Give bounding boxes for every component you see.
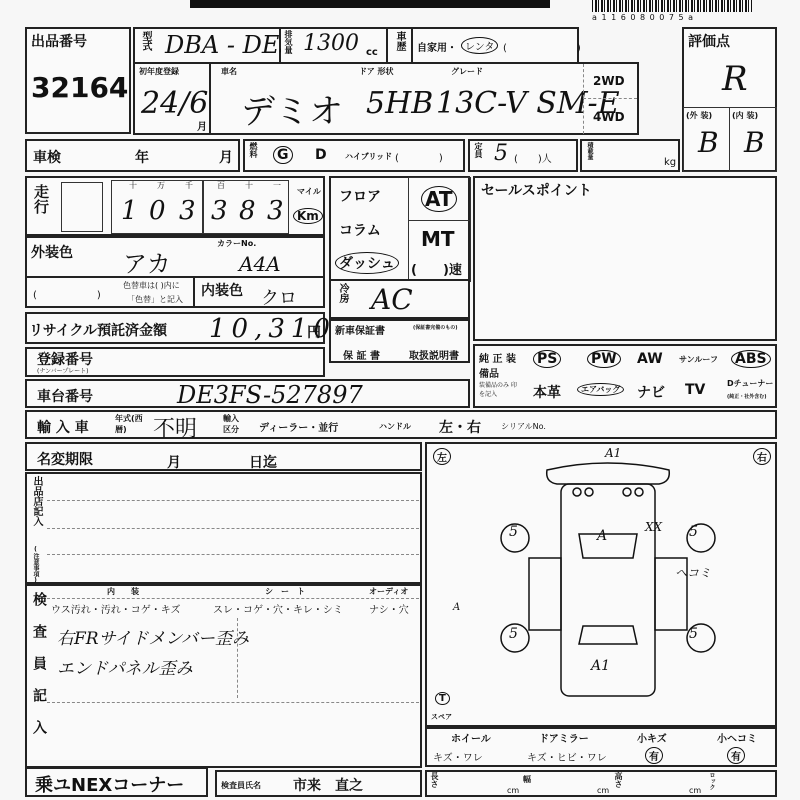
document-title-bar [190, 0, 550, 8]
shift-column: コラム [339, 220, 381, 240]
inspector-name-label: 検査員氏名 [221, 780, 261, 791]
drive-4wd: 4WD [593, 110, 625, 124]
equip-navi: ナビ [637, 382, 665, 402]
fuel-gasoline-circled: G [273, 146, 293, 164]
seller-notes-box: 出品店記入 (注意事項) [25, 472, 422, 584]
seller-notes-sub: (注意事項) [31, 546, 40, 584]
tire-mark: 5 [509, 524, 518, 540]
mileage-digit: 3 [211, 196, 228, 226]
grade-label: グレード [451, 66, 483, 77]
dent-label: 小ヘコミ [717, 730, 757, 745]
manual-book: 取扱説明書 [409, 347, 459, 362]
score-box: 評価点 R (外 装) B (内 装) B [682, 27, 777, 172]
audio-header: オーディオ [369, 586, 408, 597]
mark-left-door: A [453, 602, 460, 613]
lot-number: 32164 [31, 71, 128, 104]
warranty-label: 新車保証書 [335, 322, 385, 337]
door-shape-value: 5HB [366, 86, 433, 121]
fuel-cell: 燃料 G D ハイブリッド ( ) [243, 139, 465, 172]
seller-notes-label: 出品店記入 [29, 476, 44, 526]
load-label: 積載量 [585, 142, 594, 160]
barcode-number: a 1 1 6 0 8 0 0 7 5 a [592, 13, 694, 22]
mileage-digit: 3 [179, 196, 196, 226]
tire-mark: 5 [689, 626, 698, 642]
spare-tire-icon: T [435, 692, 450, 705]
history-other: ( ) [503, 39, 581, 54]
car-name-value: デミオ [241, 84, 343, 133]
seat-items: スレ・コゲ・穴・キレ・シミ [213, 601, 343, 616]
exterior-color-cell: 外装色 アカ カラーNo. A4A [25, 236, 325, 278]
car-name-cell: 車名 デミオ ドア 形状 5HB グレード 13C-V SM-E 2WD 4WD [209, 62, 639, 135]
fuel-hybrid: ハイブリッド [345, 151, 392, 162]
history-private: 自家用・ [417, 39, 457, 54]
equip-ps-circled: PS [533, 350, 561, 368]
equip-dtuner-sub: (純正・社外含む) [727, 393, 767, 400]
model-cell: 型式 DBA - DE3FS [133, 27, 281, 64]
first-reg-cell: 初年度登録 24/6 月 [133, 62, 211, 135]
recycle-unit: 円 [307, 322, 321, 342]
mark-hood: A [597, 528, 607, 544]
interior-score-label: (内 装) [732, 110, 758, 121]
chassis-label: 車台番号 [37, 386, 93, 406]
dent-value-circled: 有 [727, 747, 745, 764]
car-name-label: 車名 [221, 66, 237, 77]
fuel-label: 燃料 [248, 142, 259, 158]
transmission-mt: MT [421, 227, 455, 251]
color-no-value: A4A [239, 252, 281, 276]
aircon-cell: 冷房 AC [329, 279, 470, 319]
first-reg-label: 初年度登録 [139, 66, 179, 77]
corner-name-box: 乗ユNEXコーナー [25, 767, 208, 797]
inspector-notes-label: 検査員記入 [29, 592, 49, 752]
digit-header: 十 [129, 180, 137, 191]
history-label: 車歴 [392, 31, 407, 51]
handle-label: ハンドル [379, 421, 411, 432]
history-cell: 自家用・ レンタ ( ) [413, 27, 579, 64]
first-reg-value: 24/6 [141, 86, 208, 121]
lock-label: ロック [707, 772, 716, 790]
mileage-digit: 0 [149, 196, 166, 226]
load-cell: 積載量 kg [580, 139, 680, 172]
length-label: 長さ [429, 772, 440, 788]
inspector-note-1: 右FRサイドメンバー歪み [57, 624, 249, 649]
equip-sunroof: サンルーフ [679, 354, 718, 365]
digit-header: 十 [245, 180, 253, 191]
import-year-value: 不明 [153, 412, 197, 443]
history-label-cell: 車歴 [388, 27, 413, 64]
displacement-label: 排気量 [283, 30, 294, 54]
serial-label: シリアルNo. [501, 421, 546, 432]
lot-number-box: 出品番号 32164 [25, 27, 131, 134]
history-rental-circled: レンタ [461, 37, 498, 54]
import-label: 輸 入 車 [37, 417, 89, 437]
mark-rear: A1 [591, 658, 610, 674]
equip-abs-circled: ABS [731, 350, 771, 368]
displacement-value: 1300 [303, 31, 359, 56]
chassis-cell: 車台番号 DE3FS-527897 [25, 379, 470, 408]
color-no-label: カラーNo. [217, 238, 256, 249]
exterior-score-value: B [698, 126, 719, 159]
interior-color-value: クロ [261, 284, 297, 310]
recycle-label: リサイクル預託済金額 [29, 320, 167, 340]
lot-label: 出品番号 [31, 31, 87, 51]
equipment-label: 純 正 装備品 [479, 350, 519, 380]
chassis-value: DE3FS-527897 [177, 381, 363, 409]
inspection-label: 車検 [33, 147, 61, 167]
mileage-unit-km-circled: Km [293, 208, 323, 224]
import-row: 輸 入 車 年式(西暦) 不明 輸入区分 ディーラー・並行 ハンドル 左・右 シ… [25, 410, 777, 439]
inspector-name-box: 検査員氏名 市来 直之 [215, 770, 422, 797]
mark-right-door: ヘコミ [675, 564, 711, 581]
displacement-cell: 排気量 1300 cc [281, 27, 388, 64]
scratch-value-circled: 有 [645, 747, 663, 764]
corner-name: 乗ユNEXコーナー [35, 771, 184, 797]
aircon-value: AC [371, 283, 413, 316]
door-shape-label: ドア 形状 [359, 66, 394, 77]
inspector-note-2: エンドパネル歪み [57, 654, 193, 679]
drive-2wd: 2WD [593, 74, 625, 88]
score-label: 評価点 [688, 31, 730, 51]
interior-items: ウス汚れ・汚れ・コゲ・キズ [51, 601, 181, 616]
inspection-month: 月 [219, 147, 233, 167]
shift-cell: フロア コラム ダッシュ AT MT ( )速 [329, 176, 470, 281]
equip-pw-circled: PW [587, 350, 621, 368]
height-unit: cm [689, 786, 701, 795]
fuel-other: ( ) [395, 149, 443, 164]
tire-mark: 5 [509, 626, 518, 642]
width-unit: cm [597, 786, 609, 795]
warranty-cell: 新車保証書 (保証書完備のもの) 保 証 書 取扱説明書 [329, 319, 470, 363]
interior-color-cell: 内装色 クロ [193, 276, 325, 308]
repaint-note-1: 色替車は( )内に [123, 280, 180, 291]
mileage-label: 走行 [31, 184, 52, 214]
barcode [592, 0, 752, 12]
displacement-unit: cc [366, 47, 378, 58]
equip-aw: AW [637, 351, 663, 367]
spare-label: スペア [431, 712, 452, 722]
equip-leather: 本革 [533, 382, 561, 402]
mileage-digit: 8 [239, 196, 256, 226]
exterior-color-label: 外装色 [31, 242, 73, 262]
interior-color-label: 内装色 [201, 280, 243, 300]
equip-airbag-circled: エアバッグ [577, 383, 624, 396]
capacity-label: 定員 [473, 142, 484, 158]
import-year-label: 年式(西暦) [115, 413, 143, 435]
equipment-note: 装備品のみ 印を記入 [479, 380, 519, 398]
import-class-options: ディーラー・並行 [259, 419, 338, 434]
plate-sub: (ナンバープレート) [37, 366, 88, 375]
plate-cell: 登録番号 (ナンバープレート) [25, 347, 325, 377]
mileage-cell: 走行 十 万 千 百 十 一 1 0 3 3 8 3 マイル Km [25, 176, 325, 236]
transmission-at-circled: AT [421, 186, 457, 212]
interior-header: 内 装 [107, 586, 139, 597]
audio-items: ナシ・穴 [369, 601, 409, 616]
transmission-speed: ( )速 [411, 259, 462, 278]
inspection-year: 年 [135, 147, 149, 167]
mark-fender: XX [645, 520, 662, 534]
aircon-label: 冷房 [335, 283, 350, 303]
condition-row: ホイール キズ・ワレ ドアミラー キズ・ヒビ・ワレ 小キズ 有 小ヘコミ 有 [425, 727, 777, 767]
mirror-items: キズ・ヒビ・ワレ [527, 749, 607, 764]
equip-dtuner: Dチューナー [727, 378, 773, 389]
dimensions-row: 長さ cm 幅 cm 高さ cm ロック [425, 770, 777, 797]
inspector-name: 市来 直之 [293, 775, 363, 795]
sales-point-box: セールスポイント [473, 176, 777, 341]
capacity-suffix: ( )人 [514, 150, 552, 165]
equip-tv: TV [685, 382, 705, 398]
mileage-digit: 3 [267, 196, 284, 226]
scratch-label: 小キズ [637, 730, 667, 745]
length-unit: cm [507, 786, 519, 795]
mileage-unit-mile: マイル [297, 186, 321, 197]
shift-floor: フロア [339, 186, 381, 206]
shift-dash-circled: ダッシュ [335, 252, 399, 274]
wheel-label: ホイール [451, 730, 491, 745]
name-change-month: 月 [167, 452, 181, 472]
mark-front: A1 [605, 446, 621, 460]
warranty-note: (保証書完備のもの) [413, 324, 458, 331]
sales-point-label: セールスポイント [481, 180, 592, 200]
inspection-cell: 車検 年 月 [25, 139, 240, 172]
warranty-book: 保 証 書 [343, 347, 380, 362]
digit-header: 千 [185, 180, 193, 191]
handle-options: 左・右 [439, 417, 481, 437]
interior-score-value: B [744, 126, 765, 159]
width-label: 幅 [523, 774, 531, 785]
first-reg-unit: 月 [197, 118, 207, 133]
recycle-cell: リサイクル預託済金額 10,310 円 [25, 312, 325, 344]
capacity-cell: 定員 5 ( )人 [468, 139, 578, 172]
damage-diagram: 左 右 A1 A A1 XX A ヘコミ 5 5 5 5 T スペア [425, 442, 777, 727]
digit-header: 百 [217, 180, 225, 191]
exterior-score-label: (外 装) [686, 110, 712, 121]
repaint-note-2: 「色替」と記入 [127, 294, 183, 305]
wheel-items: キズ・ワレ [433, 749, 483, 764]
model-label: 型式 [138, 31, 153, 51]
import-class-label: 輸入区分 [223, 413, 245, 435]
mirror-label: ドアミラー [539, 730, 589, 745]
tire-mark: 5 [689, 524, 698, 540]
capacity-value: 5 [494, 141, 508, 166]
diagram-right-label: 右 [753, 448, 771, 465]
inspector-notes-box: 検査員記入 内 装 シ ー ト オーディオ ウス汚れ・汚れ・コゲ・キズ スレ・コ… [25, 584, 422, 768]
exterior-color-value: アカ [123, 244, 171, 279]
mileage-digit: 1 [121, 196, 138, 226]
digit-header: 万 [157, 180, 165, 191]
digit-header: 一 [273, 180, 281, 191]
diagram-left-label: 左 [433, 448, 451, 465]
fuel-diesel: D [315, 147, 327, 163]
score-value: R [722, 59, 748, 99]
load-unit: kg [664, 157, 676, 168]
name-change-label: 名変期限 [37, 449, 93, 469]
name-change-row: 名変期限 月 日迄 [25, 442, 422, 471]
equipment-box: 純 正 装備品 装備品のみ 印を記入 PS PW AW サンルーフ ABS 本革… [473, 344, 777, 408]
seat-header: シ ー ト [265, 586, 305, 597]
height-label: 高さ [613, 772, 624, 788]
repaint-cell: ( ) 色替車は( )内に 「色替」と記入 [25, 276, 195, 308]
name-change-day: 日迄 [249, 452, 277, 472]
